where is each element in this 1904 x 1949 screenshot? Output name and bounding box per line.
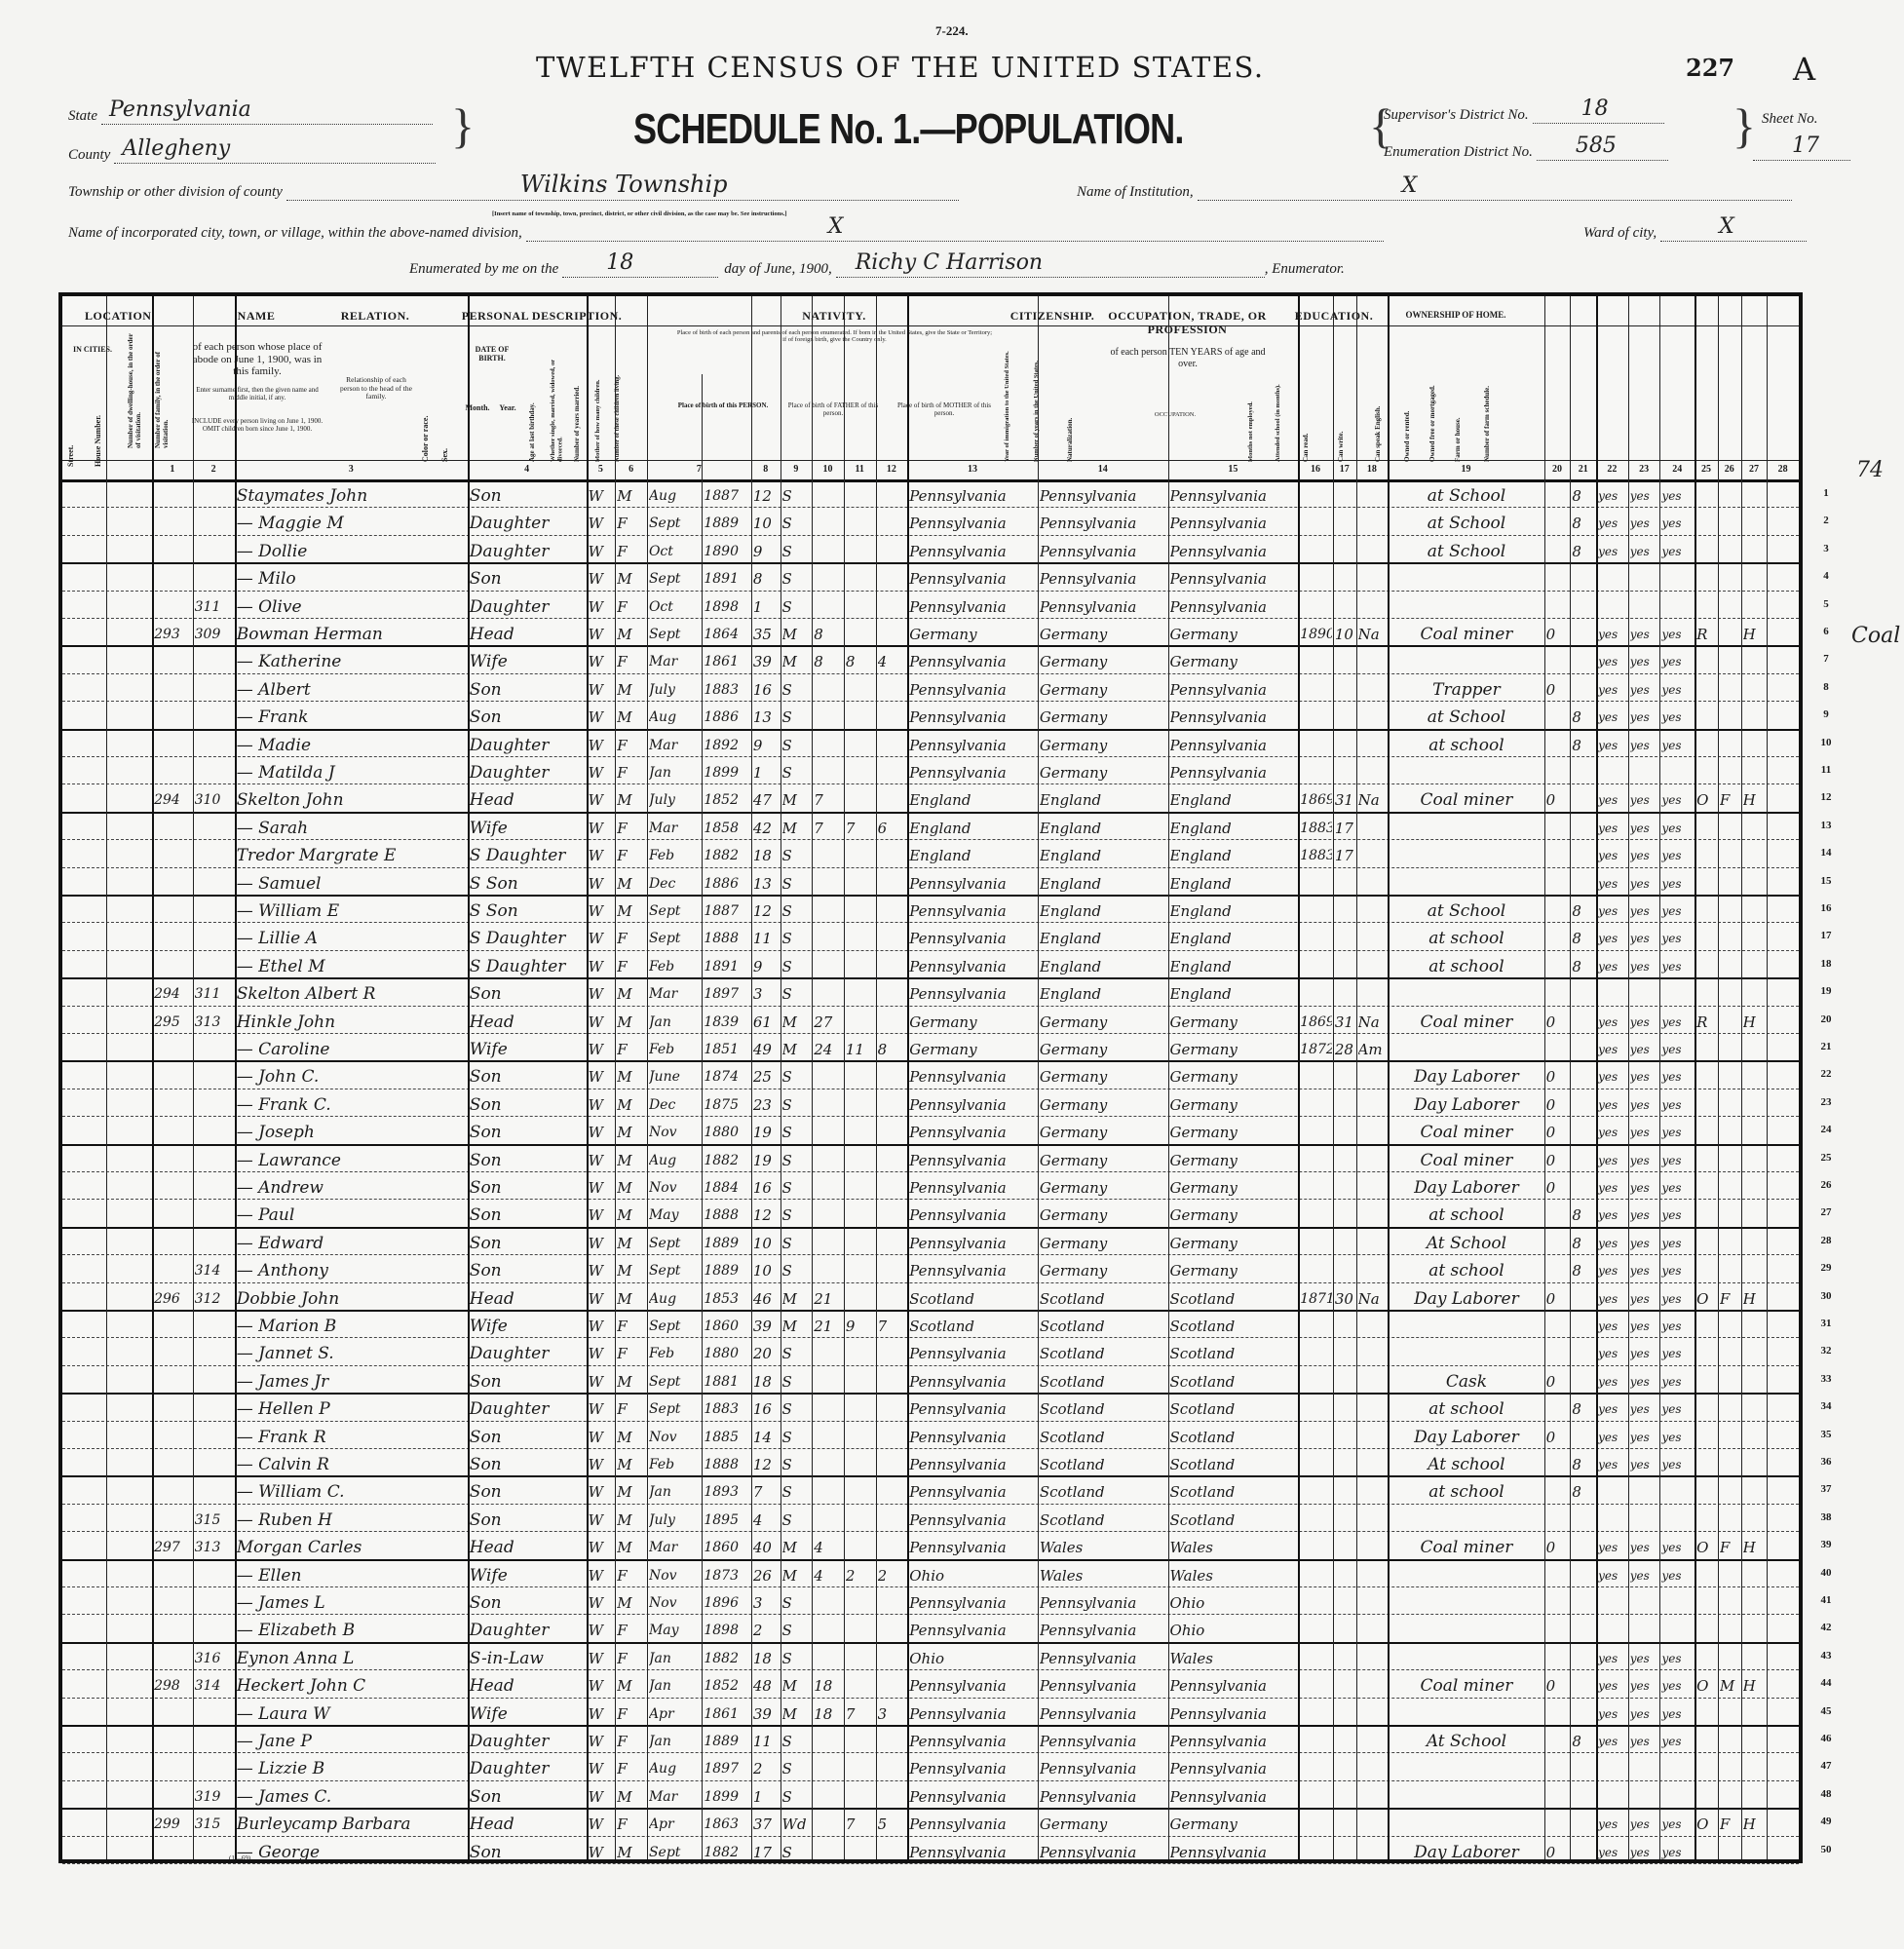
header-immigration-year: Year of immigration to the United States… [1004,335,1021,462]
cell-ym [814,1475,843,1503]
cell-ym: 8 [814,618,843,645]
header-can-read: Can read. [1302,403,1314,462]
cell-wr: yes [1630,783,1659,811]
cell-nat [1358,1448,1388,1475]
cell-fam: 311 [195,977,234,1005]
cell-rel: Wife [470,1698,586,1725]
cell-mar: S [782,701,812,728]
row-number: 49 [1807,1808,1846,1835]
cell-ym [814,535,843,562]
cell-yr: 1899 [704,1780,749,1808]
cell-name: — Olive [237,591,467,618]
cell-color: W [589,645,615,672]
cell-color: W [589,1808,615,1835]
cell-age: 9 [753,535,780,562]
cell-mne [1546,1448,1570,1475]
cell-pobf: Pennsylvania [1040,1752,1167,1779]
cell-name: — Matilda J [237,756,467,783]
cell-imm [1300,1836,1332,1863]
cell-sex: M [617,1448,646,1475]
cell-wr: yes [1630,1365,1659,1393]
cell-dw: 294 [154,977,192,1005]
cell-mon: May [649,1199,701,1226]
cell-rel: Wife [470,1310,586,1337]
print-code: (1—69) [229,1854,250,1862]
table-row: — SamuelS SonWMDec188613SPennsylvaniaEng… [62,867,1799,897]
cell-fm [1720,562,1740,590]
census-title: TWELFTH CENSUS OF THE UNITED STATES. [536,51,1265,84]
cell-ym: 18 [814,1669,843,1697]
cell-rel: Head [470,783,586,811]
cell-fam [195,1060,234,1088]
header-can-speak-english: Can speak English. [1374,364,1386,462]
column-divider [844,296,845,1859]
enumerated-prefix: Enumerated by me on the [409,261,558,278]
cell-fam [195,1698,234,1725]
cell-cl [878,673,907,701]
cell-mon: Nov [649,1421,701,1448]
cell-wr: yes [1630,1060,1659,1088]
cell-en: yes [1661,1365,1694,1393]
cell-fh [1743,1060,1767,1088]
table-row: 294311Skelton Albert RSonWMMar18973SPenn… [62,977,1799,1006]
cell-name: — Maggie M [237,507,467,534]
cell-mo [846,673,875,701]
cell-name: — Frank R [237,1421,467,1448]
cell-imm [1300,535,1332,562]
cell-en: yes [1661,1642,1694,1669]
cell-own [1696,867,1717,895]
cell-en [1661,1752,1694,1779]
header-pob-mother: Place of birth of MOTHER of this person. [889,401,1000,417]
table-row: — MadieDaughterWFMar18929SPennsylvaniaGe… [62,729,1799,757]
cell-yus [1335,756,1355,783]
cell-mar: M [782,1310,812,1337]
cell-pobm: Germany [1170,1144,1298,1171]
cell-imm [1300,591,1332,618]
cell-occ [1390,562,1542,590]
cell-pobf: Pennsylvania [1040,1614,1167,1641]
column-number: 13 [907,464,1038,476]
cell-mar: S [782,1780,812,1808]
cell-yr: 1887 [704,895,749,922]
cell-imm: 1869 [1300,783,1332,811]
cell-name: Skelton John [237,783,467,811]
cell-mne [1546,977,1570,1005]
cell-rel: Wife [470,1559,586,1586]
cell-mon: Nov [649,1171,701,1199]
cell-rel: Daughter [470,591,586,618]
stamp-number: 227 [1686,54,1734,82]
cell-sex: F [617,645,646,672]
cell-fh [1743,701,1767,728]
cell-dw [154,839,192,866]
cell-fm [1720,673,1740,701]
cell-sex: M [617,1116,646,1143]
table-header: LOCATION. IN CITIES. Street. House Numbe… [62,296,1799,482]
cell-rel: Son [470,1116,586,1143]
cell-pob: Germany [909,1006,1037,1033]
cell-en: yes [1661,1836,1694,1863]
column-number: 9 [781,464,813,476]
cell-color: W [589,507,615,534]
cell-imm [1300,729,1332,756]
cell-color: W [589,1254,615,1281]
cell-occ: Day Laborer [1390,1089,1542,1116]
cell-sch [1572,1698,1595,1725]
column-number: 25 [1695,464,1718,476]
cell-ym [814,895,843,922]
cell-mo [846,867,875,895]
cell-wr: yes [1630,729,1659,756]
cell-pobf: Scotland [1040,1448,1167,1475]
cell-sch [1572,1116,1595,1143]
cell-ym [814,839,843,866]
cell-yr: 1888 [704,1199,749,1226]
cell-dw [154,1365,192,1393]
cell-imm [1300,1254,1332,1281]
cell-wr: yes [1630,1144,1659,1171]
cell-mne: 0 [1546,1006,1570,1033]
cell-own [1696,1310,1717,1337]
cell-dw [154,1780,192,1808]
row-number: 50 [1807,1836,1846,1863]
row-number: 30 [1807,1282,1846,1310]
cell-name: — Jane P [237,1725,467,1752]
cell-fam [195,1559,234,1586]
row-number: 29 [1807,1254,1846,1281]
cell-dw [154,729,192,756]
cell-own [1696,673,1717,701]
cell-rel: Son [470,1365,586,1393]
cell-sex: M [617,1171,646,1199]
cell-nat [1358,1393,1388,1420]
cell-mne: 0 [1546,1171,1570,1199]
cell-age: 39 [753,1698,780,1725]
table-row: — Maggie MDaughterWFSept188910SPennsylva… [62,507,1799,535]
cell-sch: 8 [1572,1475,1595,1503]
cell-age: 39 [753,645,780,672]
cell-en [1661,1586,1694,1614]
cell-cl [878,1669,907,1697]
cell-yus [1335,1337,1355,1364]
cell-own: R [1696,618,1717,645]
cell-fam [195,839,234,866]
row-number: 39 [1807,1531,1846,1558]
row-number: 13 [1807,812,1846,839]
cell-pob: Ohio [909,1642,1037,1669]
cell-rd [1598,1504,1627,1531]
cell-sch [1572,839,1595,866]
cell-sex: M [617,1282,646,1310]
cell-yr: 1899 [704,756,749,783]
cell-mar: S [782,673,812,701]
cell-nat: Na [1358,1282,1388,1310]
cell-sch [1572,756,1595,783]
cell-fam [195,1752,234,1779]
cell-pobm: Scotland [1170,1282,1298,1310]
cell-pobm: Germany [1170,1808,1298,1835]
cell-mar: S [782,1614,812,1641]
cell-mar: S [782,1752,812,1779]
cell-imm [1300,1227,1332,1254]
column-divider [907,296,909,1859]
cell-pobf: Pennsylvania [1040,591,1167,618]
cell-own [1696,950,1717,977]
schedule-title: SCHEDULE No. 1.—POPULATION. [633,105,1184,154]
cell-ym [814,867,843,895]
cell-rd [1598,1475,1627,1503]
cell-wr: yes [1630,645,1659,672]
cell-own [1696,1836,1717,1863]
cell-yr: 1889 [704,1254,749,1281]
cell-age: 2 [753,1752,780,1779]
cell-fm [1720,1559,1740,1586]
cell-pobm: Pennsylvania [1170,673,1298,701]
cell-nat [1358,729,1388,756]
table-row: — LawranceSonWMAug188219SPennsylvaniaGer… [62,1144,1799,1172]
cell-rd: yes [1598,535,1627,562]
cell-fam: 316 [195,1642,234,1669]
cell-ym [814,1780,843,1808]
cell-pobm: England [1170,950,1298,977]
cell-pobm: Wales [1170,1559,1298,1586]
cell-wr: yes [1630,812,1659,839]
table-row: 311— OliveDaughterWFOct18981SPennsylvani… [62,591,1799,619]
cell-ym [814,1421,843,1448]
cell-imm [1300,1725,1332,1752]
column-divider [1168,296,1169,1859]
column-number: 18 [1356,464,1389,476]
cell-nat [1358,701,1388,728]
table-row: — CarolineWifeWFFeb185149M24118GermanyGe… [62,1033,1799,1062]
cell-mar: Wd [782,1808,812,1835]
cell-cl [878,1282,907,1310]
cell-pobf: England [1040,867,1167,895]
cell-rd: yes [1598,812,1627,839]
cell-pob: Pennsylvania [909,895,1037,922]
cell-wr: yes [1630,1199,1659,1226]
cell-imm [1300,1310,1332,1337]
cell-mar: S [782,756,812,783]
table-row: 296312Dobbie JohnHeadWMAug185346M21Scotl… [62,1282,1799,1312]
cell-mo [846,922,875,949]
cell-nat [1358,1780,1388,1808]
cell-wr: yes [1630,1698,1659,1725]
cell-name: Eynon Anna L [237,1642,467,1669]
cell-rd [1598,977,1627,1005]
cell-fm [1720,645,1740,672]
cell-dw [154,1171,192,1199]
cell-own [1696,812,1717,839]
cell-own [1696,1227,1717,1254]
cell-own [1696,591,1717,618]
cell-sch: 8 [1572,1393,1595,1420]
cell-mne [1546,1614,1570,1641]
cell-cl [878,1089,907,1116]
cell-imm [1300,1144,1332,1171]
row-number: 14 [1807,839,1846,866]
cell-sex: F [617,507,646,534]
cell-mar: S [782,1393,812,1420]
cell-rd: yes [1598,701,1627,728]
cell-mar: M [782,783,812,811]
row-number: 20 [1807,1006,1846,1033]
cell-occ: Cask [1390,1365,1542,1393]
cell-pobm: Pennsylvania [1170,591,1298,618]
header-age: Age at last birthday. [528,364,540,462]
cell-own [1696,1337,1717,1364]
column-divider [235,296,237,1859]
cell-pob: Pennsylvania [909,1836,1037,1863]
cell-nat [1358,562,1388,590]
cell-imm [1300,1614,1332,1641]
cell-mon: Feb [649,1337,701,1364]
cell-age: 10 [753,1254,780,1281]
cell-pob: Pennsylvania [909,729,1037,756]
cell-mon: Aug [649,1144,701,1171]
cell-fm [1720,1752,1740,1779]
cell-fam [195,673,234,701]
table-row: — John C.SonWMJune187425SPennsylvaniaGer… [62,1060,1799,1089]
cell-fh: H [1743,1669,1767,1697]
cell-cl [878,1614,907,1641]
cell-sch [1572,1337,1595,1364]
cell-nat [1358,950,1388,977]
cell-cl [878,1393,907,1420]
column-number: 19 [1388,464,1543,476]
cell-yr: 1881 [704,1365,749,1393]
cell-rel: Daughter [470,1393,586,1420]
cell-wr: yes [1630,1393,1659,1420]
cell-pobf: Wales [1040,1531,1167,1558]
cell-mo: 8 [846,645,875,672]
cell-fm: F [1720,1282,1740,1310]
cell-imm [1300,507,1332,534]
cell-fm [1720,1504,1740,1531]
table-row: 294310Skelton JohnHeadWMJuly185247M7Engl… [62,783,1799,813]
cell-name: Dobbie John [237,1282,467,1310]
cell-sch: 8 [1572,1725,1595,1752]
column-number: 4 [468,464,587,476]
cell-mo [846,783,875,811]
cell-wr: yes [1630,1808,1659,1835]
cell-name: — Marion B [237,1310,467,1337]
cell-occ [1390,1310,1542,1337]
cell-imm [1300,1504,1332,1531]
cell-yus [1335,591,1355,618]
cell-occ: Day Laborer [1390,1282,1542,1310]
cell-fh [1743,812,1767,839]
cell-dw [154,895,192,922]
cell-wr: yes [1630,1227,1659,1254]
cell-yr: 1858 [704,812,749,839]
cell-rel: Son [470,1475,586,1503]
table-row: 298314Heckert John CHeadWMJan185248M18Pe… [62,1669,1799,1698]
cell-pobm: Germany [1170,1254,1298,1281]
cell-mon: Mar [649,1531,701,1558]
cell-fam: 311 [195,591,234,618]
cell-wr: yes [1630,1089,1659,1116]
cell-pobm: Scotland [1170,1475,1298,1503]
cell-en [1661,591,1694,618]
cell-fam [195,1836,234,1863]
cell-fm [1720,1365,1740,1393]
cell-fh: H [1743,1531,1767,1558]
cell-fm [1720,1421,1740,1448]
cell-sch [1572,1171,1595,1199]
cell-pobf: Scotland [1040,1365,1167,1393]
cell-pobf: Germany [1040,1808,1167,1835]
cell-yus [1335,1725,1355,1752]
cell-cl [878,562,907,590]
cell-imm [1300,1060,1332,1088]
cell-color: W [589,950,615,977]
cell-mar: S [782,479,812,507]
column-number: 11 [844,464,876,476]
cell-own [1696,895,1717,922]
cell-mon: Jan [649,1669,701,1697]
cell-sch: 8 [1572,479,1595,507]
cell-pobm: Germany [1170,1060,1298,1088]
row-number: 2 [1807,507,1846,534]
cell-yus: 30 [1335,1282,1355,1310]
cell-imm [1300,1171,1332,1199]
cell-pob: Pennsylvania [909,591,1037,618]
cell-rel: Daughter [470,535,586,562]
cell-sex: F [617,1559,646,1586]
cell-pobm: England [1170,977,1298,1005]
cell-occ: Coal miner [1390,1669,1542,1697]
cell-mon: Aug [649,1282,701,1310]
cell-yus [1335,867,1355,895]
cell-sch [1572,1504,1595,1531]
table-row: — JosephSonWMNov188019SPennsylvaniaGerma… [62,1116,1799,1145]
cell-fh [1743,1033,1767,1060]
cell-mar: M [782,618,812,645]
cell-cl [878,783,907,811]
cell-occ [1390,812,1542,839]
cell-rel: Wife [470,645,586,672]
cell-pobf: Pennsylvania [1040,1780,1167,1808]
cell-ym [814,1836,843,1863]
table-row: — PaulSonWMMay188812SPennsylvaniaGermany… [62,1199,1799,1228]
cell-yus [1335,1669,1355,1697]
header-relation: RELATION. [335,310,415,324]
cell-dw: 296 [154,1282,192,1310]
cell-own [1696,729,1717,756]
cell-rel: Son [470,673,586,701]
cell-mne [1546,645,1570,672]
cell-pobf: Germany [1040,1116,1167,1143]
cell-rd: yes [1598,950,1627,977]
cell-mar: S [782,1475,812,1503]
cell-yus [1335,1642,1355,1669]
cell-age: 26 [753,1559,780,1586]
cell-yr: 1886 [704,701,749,728]
cell-en: yes [1661,1698,1694,1725]
cell-name: — Andrew [237,1171,467,1199]
cell-dw [154,922,192,949]
cell-nat [1358,1089,1388,1116]
cell-rel: Son [470,1171,586,1199]
cell-cl [878,1144,907,1171]
cell-sch [1572,1614,1595,1641]
cell-sex: M [617,701,646,728]
cell-pob: Pennsylvania [909,1586,1037,1614]
cell-mne [1546,1310,1570,1337]
cell-mne [1546,895,1570,922]
